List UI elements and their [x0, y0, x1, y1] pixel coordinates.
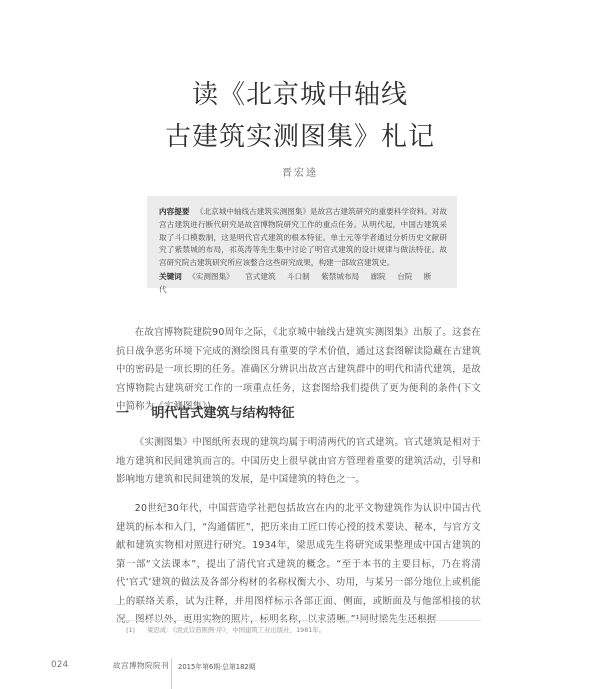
abstract-text: 《北京城中轴线古建筑实测图集》是故宫古建筑研究的重要科学资料。对故宫古建筑进行断…	[159, 207, 447, 267]
body-paragraph: 《实测图集》中图纸所表现的建筑均属于明清两代的官式建筑。官式建筑是相对于地方建筑…	[116, 434, 481, 490]
keyword: 官式建筑	[245, 272, 275, 281]
footnote-text: 梁思成：《清式营造则例·序》，中国建筑工业出版社，1981年。	[147, 626, 325, 634]
title-line-1: 读《北京城中轴线	[0, 76, 600, 114]
footnote-divider	[116, 620, 481, 621]
section-heading: 一 明代官式建筑与结构特征	[116, 404, 295, 424]
keyword: 斗口制	[287, 272, 310, 281]
section-title: 明代官式建筑与结构特征	[152, 406, 295, 421]
abstract-paragraph: 内容提要 《北京城中轴线古建筑实测图集》是故宫古建筑研究的重要科学资料。对故宫古…	[159, 206, 447, 270]
abstract-label: 内容提要	[159, 207, 189, 216]
page-number: 024	[51, 660, 68, 670]
issue-info: 2015年第6期·总第182期	[178, 661, 256, 671]
keyword: 廊院	[371, 272, 386, 281]
intro-paragraph: 在故宫博物院建院90周年之际，《北京城中轴线古建筑实测图集》出版了。这套在抗日战…	[116, 324, 481, 417]
body-paragraph: 20世纪30年代，中国营造学社把包括故宫在内的北平文物建筑作为认识中国古代建筑的…	[116, 500, 481, 630]
article-title: 读《北京城中轴线 古建筑实测图集》札记	[0, 76, 600, 156]
footnote: (1) 梁思成：《清式营造则例·序》，中国建筑工业出版社，1981年。	[126, 625, 325, 635]
keyword: 紫禁城布局	[321, 272, 359, 281]
title-line-2: 古建筑实测图集》札记	[0, 118, 600, 156]
author-name: 晋宏逵	[0, 164, 600, 179]
keyword: 台院	[397, 272, 412, 281]
abstract-box: 内容提要 《北京城中轴线古建筑实测图集》是故宫古建筑研究的重要科学资料。对故宫古…	[147, 196, 457, 288]
keywords-label: 关键词	[159, 272, 182, 281]
section-number: 一	[116, 406, 129, 421]
journal-name: 故宫博物院院刊	[113, 660, 169, 671]
footnote-marker: (1)	[126, 626, 135, 634]
page-footer: 024 故宫博物院院刊 2015年第6期·总第182期	[0, 652, 600, 689]
footer-divider	[171, 658, 172, 689]
keyword: 《实测图集》	[188, 272, 234, 281]
keywords-line: 关键词 《实测图集》 官式建筑 斗口制 紫禁城布局 廊院 台院 断代	[159, 270, 447, 296]
